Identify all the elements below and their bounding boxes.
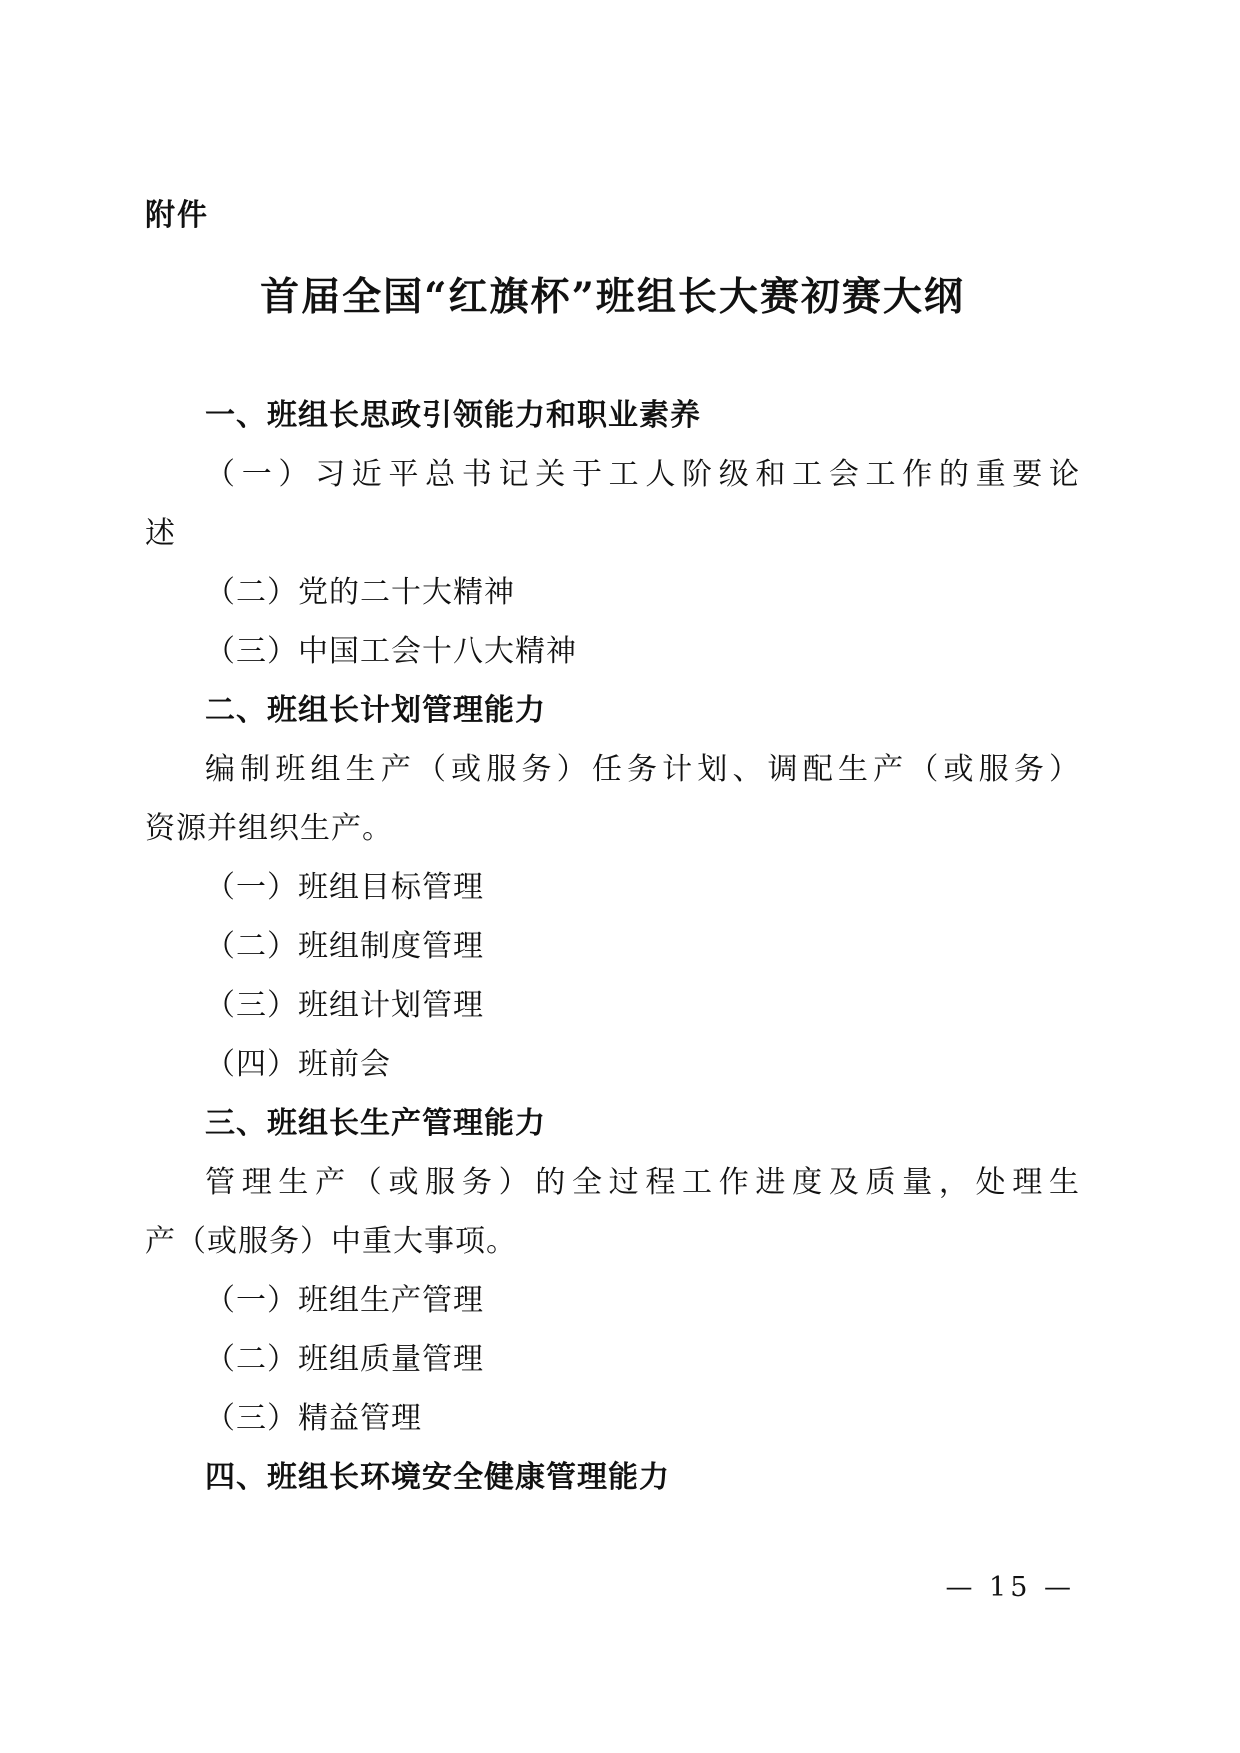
- text-line: 述: [145, 504, 1080, 563]
- section-heading: 一、班组长思政引领能力和职业素养: [145, 386, 1080, 445]
- document-page: 附件 首届全国“红旗杯”班组长大赛初赛大纲 一、班组长思政引领能力和职业素养（一…: [0, 0, 1240, 1753]
- text-line: 资源并组织生产。: [145, 799, 1080, 858]
- text-line: （四）班前会: [145, 1035, 1080, 1094]
- document-title: 首届全国“红旗杯”班组长大赛初赛大纲: [145, 266, 1080, 322]
- text-line: 产（或服务）中重大事项。: [145, 1212, 1080, 1271]
- page-number: — 15 —: [945, 1572, 1075, 1603]
- text-line: （一）班组生产管理: [145, 1271, 1080, 1330]
- text-line: （三）中国工会十八大精神: [145, 622, 1080, 681]
- text-line: （一）习近平总书记关于工人阶级和工会工作的重要论: [145, 445, 1080, 504]
- text-line: （二）党的二十大精神: [145, 563, 1080, 622]
- section-heading: 二、班组长计划管理能力: [145, 681, 1080, 740]
- section-heading: 三、班组长生产管理能力: [145, 1094, 1080, 1153]
- text-line: （三）精益管理: [145, 1389, 1080, 1448]
- attachment-label: 附件: [145, 190, 209, 234]
- text-line: 编制班组生产（或服务）任务计划、调配生产（或服务）: [145, 740, 1080, 799]
- text-line: （一）班组目标管理: [145, 858, 1080, 917]
- text-line: （二）班组质量管理: [145, 1330, 1080, 1389]
- section-heading: 四、班组长环境安全健康管理能力: [145, 1448, 1080, 1507]
- text-line: 管理生产（或服务）的全过程工作进度及质量，处理生: [145, 1153, 1080, 1212]
- text-line: （二）班组制度管理: [145, 917, 1080, 976]
- document-body: 一、班组长思政引领能力和职业素养（一）习近平总书记关于工人阶级和工会工作的重要论…: [145, 386, 1080, 1507]
- text-line: （三）班组计划管理: [145, 976, 1080, 1035]
